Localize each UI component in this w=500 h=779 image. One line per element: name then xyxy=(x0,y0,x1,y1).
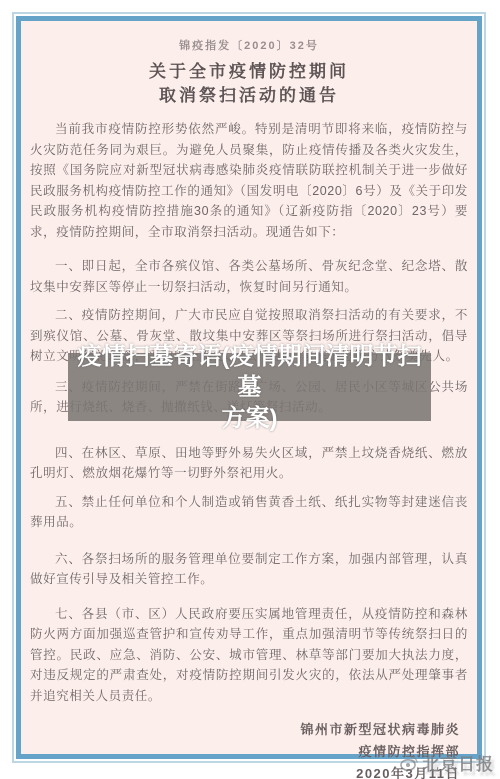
weibo-logo-icon xyxy=(399,753,419,773)
news-watermark-label: 北京日报 xyxy=(422,750,494,775)
document-reference-number: 锦疫指发〔2020〕32号 xyxy=(30,37,468,53)
notice-paragraph-item-4: 四、在林区、草原、田地等野外易失火区域，严禁上坟烧香烧纸、燃放孔明灯、燃放烟花爆… xyxy=(30,443,468,484)
notice-paragraph-item-5: 五、禁止任何单位和个人制造或销售黄香土纸、纸扎实物等封建迷信丧葬用品。 xyxy=(30,492,468,533)
signature-issuer-line-1: 锦州市新型冠状病毒肺炎 xyxy=(30,719,460,741)
notice-paragraph-intro: 当前我市疫情防控形势依然严峻。特别是清明节即将来临，疫情防控与火灾防范任务同为艰… xyxy=(30,119,468,242)
article-headline-line-2: 方案) xyxy=(68,403,431,434)
notice-image-page: 锦疫指发〔2020〕32号 关于全市疫情防控期间 取消祭扫活动的通告 当前我市疫… xyxy=(0,0,500,779)
notice-paragraph-item-1: 一、即日起，全市各殡仪馆、各类公墓场所、骨灰纪念堂、纪念塔、散坟集中安葬区等停止… xyxy=(30,256,468,297)
notice-paragraph-item-6: 六、各祭扫场所的服务管理单位要制定工作方案，加强内部管理，认真做好宣传引导及相关… xyxy=(30,549,468,590)
notice-paragraph-item-7: 七、各县（市、区）人民政府要压实属地管理责任，从疫情防控和森林防火两方面加强巡查… xyxy=(30,604,468,707)
document-title-line-2: 取消祭扫活动的通告 xyxy=(30,84,468,108)
signature-issuer-line-2: 疫情防控指挥部 xyxy=(30,741,460,763)
document-title-line-1: 关于全市疫情防控期间 xyxy=(30,60,468,84)
article-headline-line-1: 疫情扫墓寄语(疫情期间清明节扫墓 xyxy=(68,341,431,403)
signature-date: 2020年3月11日 xyxy=(30,763,460,779)
news-watermark: 北京日报 xyxy=(399,750,494,775)
document-title: 关于全市疫情防控期间 取消祭扫活动的通告 xyxy=(30,60,468,108)
article-headline-overlay: 疫情扫墓寄语(疫情期间清明节扫墓 方案) xyxy=(68,353,431,421)
